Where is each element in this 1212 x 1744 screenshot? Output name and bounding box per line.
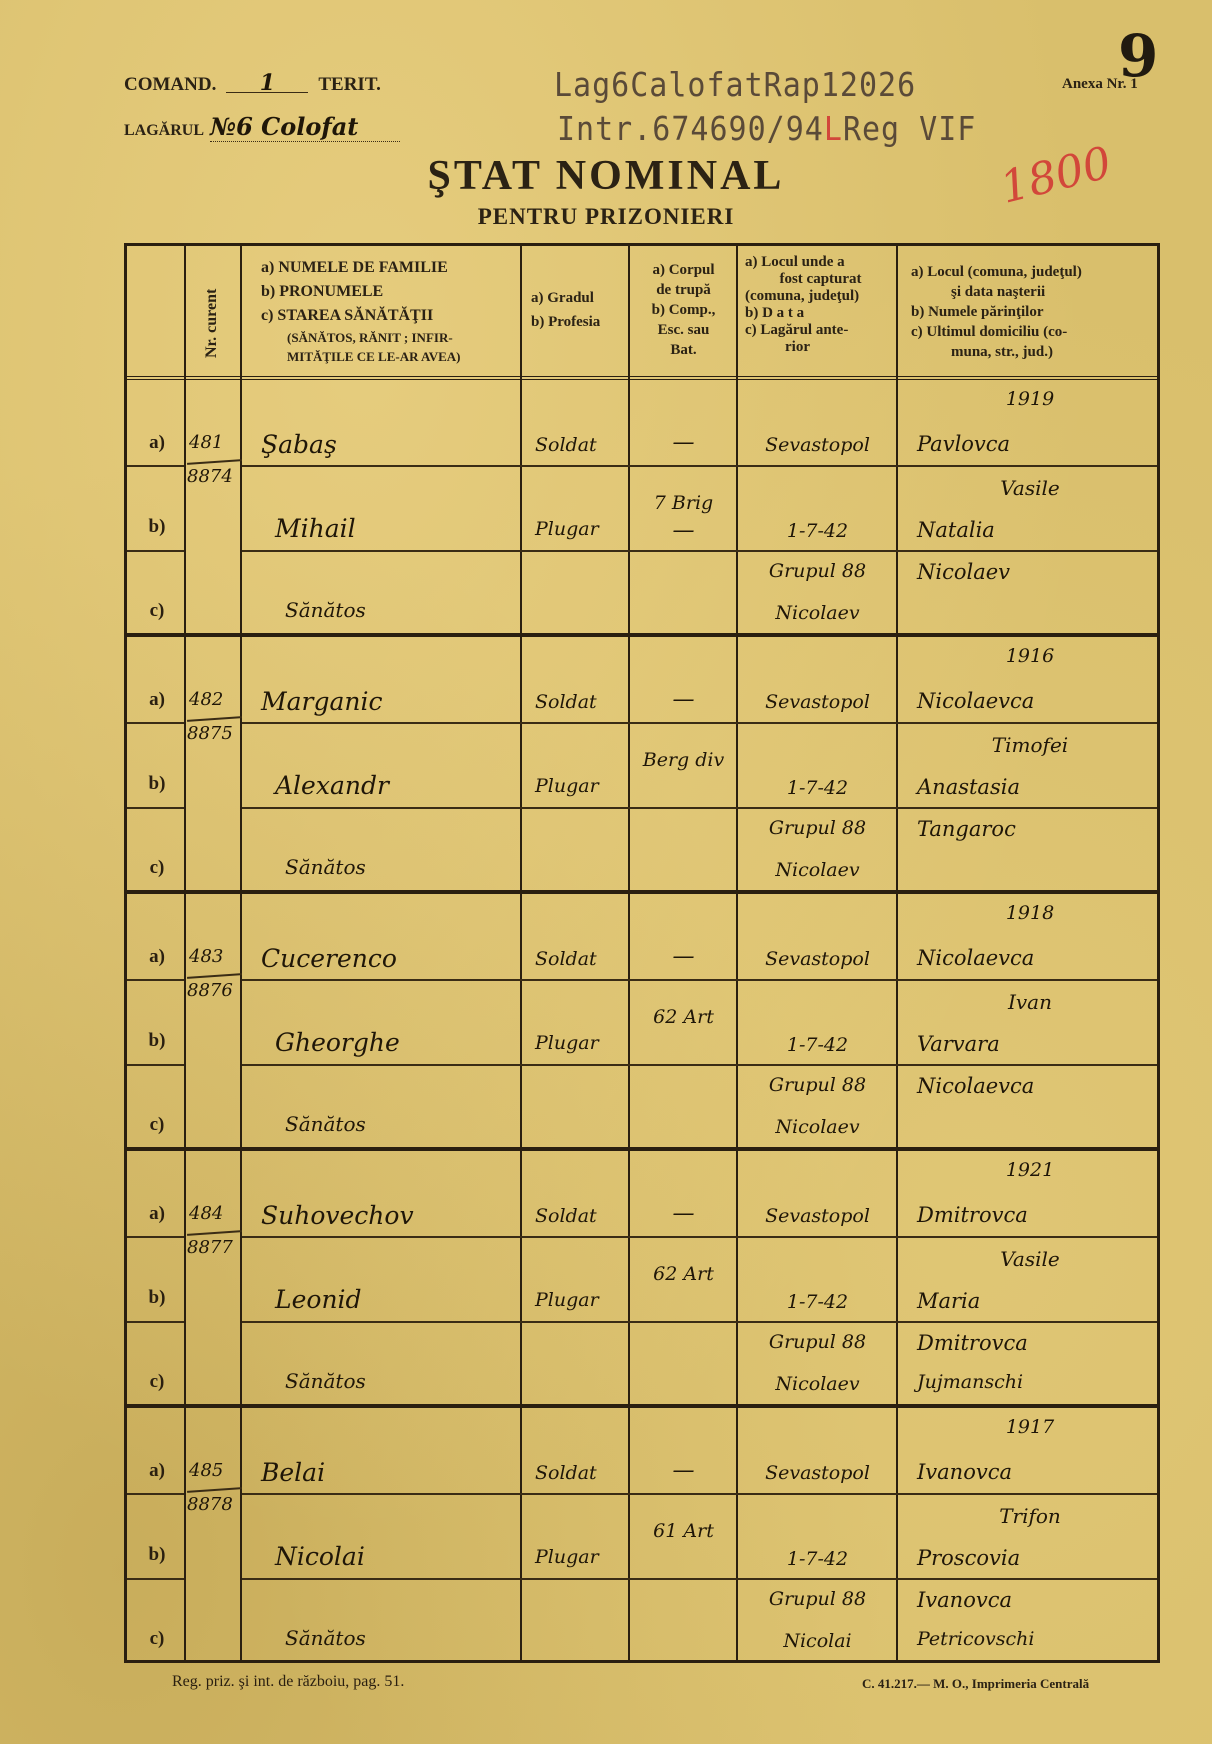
stamp-reg: Reg VIF	[843, 110, 976, 149]
last-residence-district: Jujmanschi	[917, 1371, 1023, 1393]
previous-camp: Grupul 88	[739, 817, 896, 839]
capture-place: Sevastopol	[739, 1205, 896, 1227]
footer-reference: Reg. priz. şi int. de războiu, pag. 51.	[172, 1673, 404, 1691]
lagar-value: №6 Colofat	[210, 112, 400, 142]
previous-camp-city: Nicolaev	[739, 1116, 896, 1138]
capture-date: 1-7-42	[739, 1034, 896, 1056]
first-name: Alexandr	[275, 771, 389, 800]
row-label-a: a)	[127, 1203, 187, 1225]
surname: Suhovechov	[261, 1201, 414, 1230]
birth-place: Dmitrovca	[917, 1203, 1028, 1227]
row-label-b: b)	[127, 1287, 187, 1309]
prisoner-record: a) b) c) 483 8876 Cucerenco Gheorghe Săn…	[127, 894, 1157, 1151]
corp-a: —	[631, 944, 736, 969]
last-residence: Ivanovca	[917, 1588, 1012, 1612]
header-loc: a) Locul unde a fost capturat (comuna, j…	[739, 246, 896, 376]
archive-stamp-line1: Lag6CalofatRap12026	[554, 66, 916, 105]
health-status: Sănătos	[285, 855, 366, 879]
birth-place: Nicolaevca	[917, 946, 1034, 970]
mother-name: Maria	[917, 1289, 980, 1313]
last-residence: Tangaroc	[917, 817, 1016, 841]
header-nr: Nr. curent	[187, 246, 240, 376]
previous-camp-city: Nicolaev	[739, 602, 896, 624]
row-label-a: a)	[127, 432, 187, 454]
health-status: Sănătos	[285, 1369, 366, 1393]
record-number: 485	[189, 1460, 223, 1481]
corp-a: —	[631, 1201, 736, 1226]
corp-a: —	[631, 430, 736, 455]
row-label-c: c)	[127, 1114, 187, 1136]
record-number: 484	[189, 1203, 223, 1224]
header-nastere: a) Locul (comuna, judeţul) şi data naşte…	[899, 246, 1161, 376]
mother-name: Natalia	[917, 518, 995, 542]
header-grad: a) Gradul b) Profesia	[523, 246, 628, 376]
record-registry-number: 8877	[187, 1237, 233, 1258]
first-name: Mihail	[275, 514, 356, 543]
mother-name: Anastasia	[917, 775, 1020, 799]
page-number: 9	[1118, 22, 1158, 90]
previous-camp: Grupul 88	[739, 560, 896, 582]
header-name: a) NUMELE DE FAMILIE b) PRONUMELE c) STA…	[261, 246, 521, 376]
profession: Plugar	[535, 1289, 599, 1311]
last-residence: Nicolaev	[917, 560, 1010, 584]
record-number: 481	[189, 432, 223, 453]
corp-a: —	[631, 687, 736, 712]
row-label-c: c)	[127, 1371, 187, 1393]
corp-b: 62 Art	[631, 1004, 736, 1030]
first-name: Leonid	[275, 1285, 362, 1314]
prisoner-record: a) b) c) 482 8875 Marganic Alexandr Sănă…	[127, 637, 1157, 894]
capture-place: Sevastopol	[739, 434, 896, 456]
row-label-b: b)	[127, 1544, 187, 1566]
table-header: Nr. curent a) NUMELE DE FAMILIE b) PRONU…	[127, 246, 1157, 380]
stamp-intr: Intr.674690/94	[557, 110, 824, 149]
capture-place: Sevastopol	[739, 1462, 896, 1484]
mother-name: Varvara	[917, 1032, 1000, 1056]
first-name: Gheorghe	[275, 1028, 400, 1057]
row-label-a: a)	[127, 689, 187, 711]
row-label-a: a)	[127, 946, 187, 968]
lagar-label: LAGĂRUL	[124, 122, 204, 139]
record-registry-number: 8875	[187, 723, 233, 744]
row-label-a: a)	[127, 1460, 187, 1482]
record-number: 483	[189, 946, 223, 967]
capture-date: 1-7-42	[739, 1548, 896, 1570]
surname: Belai	[261, 1458, 325, 1487]
corp-b: Berg div	[631, 747, 736, 773]
footer-printer: C. 41.217.— M. O., Imprimeria Centrală	[862, 1676, 1089, 1692]
comand-label: COMAND.	[124, 74, 216, 95]
record-number: 482	[189, 689, 223, 710]
birth-year: 1918	[899, 902, 1161, 924]
previous-camp-city: Nicolaev	[739, 1373, 896, 1395]
comand-field: COMAND.1TERIT.	[124, 74, 381, 96]
rank: Soldat	[535, 1205, 597, 1227]
profession: Plugar	[535, 1032, 599, 1054]
profession: Plugar	[535, 518, 599, 540]
archive-stamp-line2: Intr.674690/94LReg VIF	[557, 110, 976, 149]
capture-date: 1-7-42	[739, 777, 896, 799]
record-registry-number: 8874	[187, 466, 233, 487]
row-label-b: b)	[127, 773, 187, 795]
father-name: Vasile	[899, 476, 1161, 500]
capture-date: 1-7-42	[739, 1291, 896, 1313]
capture-place: Sevastopol	[739, 691, 896, 713]
previous-camp: Grupul 88	[739, 1331, 896, 1353]
corp-b: 61 Art	[631, 1518, 736, 1544]
row-label-c: c)	[127, 600, 187, 622]
row-label-b: b)	[127, 516, 187, 538]
rank: Soldat	[535, 948, 597, 970]
rank: Soldat	[535, 691, 597, 713]
health-status: Sănătos	[285, 1112, 366, 1136]
stamp-red-mark: L	[824, 110, 843, 149]
first-name: Nicolai	[275, 1542, 365, 1571]
corp-c: —	[631, 518, 736, 543]
capture-date: 1-7-42	[739, 520, 896, 542]
records-container: a) b) c) 481 8874 Şabaş Mihail Sănătos S…	[127, 380, 1157, 1660]
row-label-c: c)	[127, 857, 187, 879]
last-residence-district: Petricovschi	[917, 1628, 1035, 1650]
surname: Cucerenco	[261, 944, 397, 973]
corp-a: —	[631, 1458, 736, 1483]
prisoner-record: a) b) c) 484 8877 Suhovechov Leonid Sănă…	[127, 1151, 1157, 1408]
father-name: Vasile	[899, 1247, 1161, 1271]
lagar-field: LAGĂRUL№6 Colofat	[124, 112, 400, 142]
father-name: Trifon	[899, 1504, 1161, 1528]
record-registry-number: 8876	[187, 980, 233, 1001]
terit-label: TERIT.	[318, 74, 380, 95]
document-title: ŞTAT NOMINAL	[0, 152, 1212, 200]
birth-place: Pavlovca	[917, 432, 1010, 456]
last-residence: Dmitrovca	[917, 1331, 1028, 1355]
profession: Plugar	[535, 775, 599, 797]
row-label-c: c)	[127, 1628, 187, 1650]
father-name: Ivan	[899, 990, 1161, 1014]
corp-b: 62 Art	[631, 1261, 736, 1287]
header-corp: a) Corpul de trupă b) Comp., Esc. sau Ba…	[631, 246, 736, 376]
prisoner-record: a) b) c) 481 8874 Şabaş Mihail Sănătos S…	[127, 380, 1157, 637]
previous-camp-city: Nicolai	[739, 1630, 896, 1652]
corp-b: 7 Brig	[631, 490, 736, 516]
rank: Soldat	[535, 434, 597, 456]
mother-name: Proscovia	[917, 1546, 1020, 1570]
birth-place: Ivanovca	[917, 1460, 1012, 1484]
health-status: Sănătos	[285, 1626, 366, 1650]
birth-year: 1919	[899, 388, 1161, 410]
document-subtitle: PENTRU PRIZONIERI	[0, 204, 1212, 230]
father-name: Timofei	[899, 733, 1161, 757]
last-residence: Nicolaevca	[917, 1074, 1034, 1098]
previous-camp-city: Nicolaev	[739, 859, 896, 881]
birth-year: 1917	[899, 1416, 1161, 1438]
prisoner-record: a) b) c) 485 8878 Belai Nicolai Sănătos …	[127, 1408, 1157, 1665]
row-label-b: b)	[127, 1030, 187, 1052]
surname: Şabaş	[261, 430, 337, 459]
birth-year: 1916	[899, 645, 1161, 667]
capture-place: Sevastopol	[739, 948, 896, 970]
comand-value: 1	[226, 74, 308, 93]
health-status: Sănătos	[285, 598, 366, 622]
surname: Marganic	[261, 687, 382, 716]
prisoner-table: Nr. curent a) NUMELE DE FAMILIE b) PRONU…	[124, 243, 1160, 1663]
rank: Soldat	[535, 1462, 597, 1484]
previous-camp: Grupul 88	[739, 1074, 896, 1096]
birth-year: 1921	[899, 1159, 1161, 1181]
record-registry-number: 8878	[187, 1494, 233, 1515]
birth-place: Nicolaevca	[917, 689, 1034, 713]
profession: Plugar	[535, 1546, 599, 1568]
previous-camp: Grupul 88	[739, 1588, 896, 1610]
